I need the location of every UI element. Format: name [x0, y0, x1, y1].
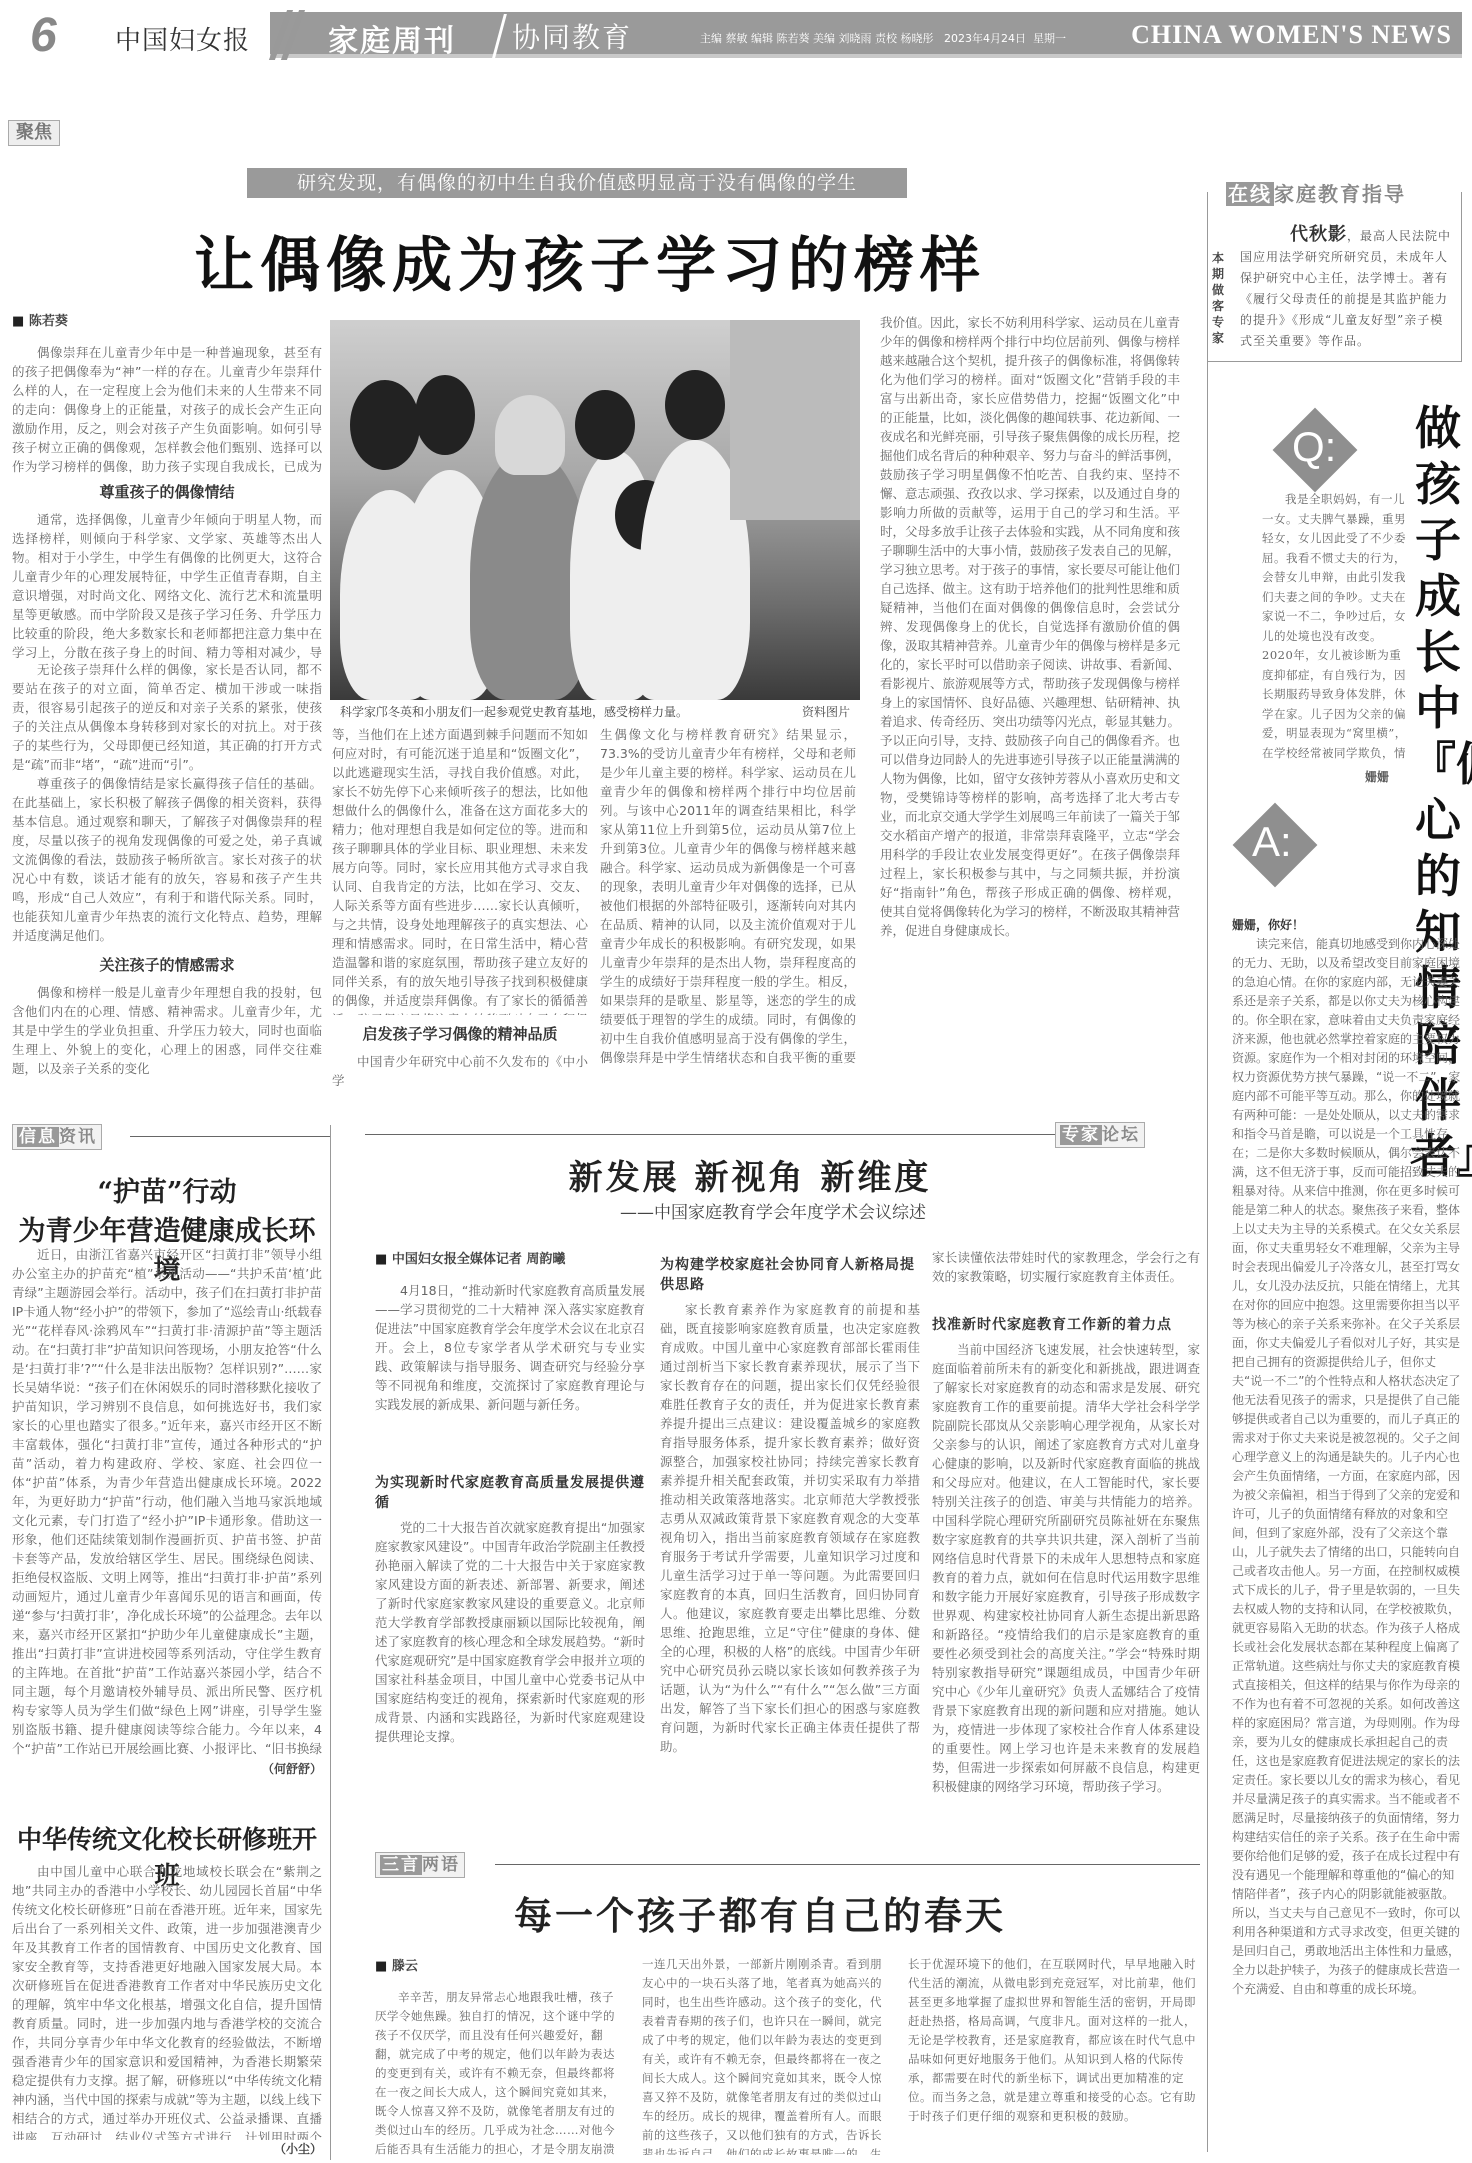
subhead: 启发孩子学习偶像的精神品质 [332, 1023, 588, 1044]
essay-paragraph: 长于优渥环境下的他们，在互联网时代，早早地融入时代生活的潮流，从微电影到充竞冠军… [908, 1955, 1198, 2155]
forum-paragraph: 4月18日，“推动新时代家庭教育高质量发展——学习贯彻党的二十大精神 深入落实家… [375, 1281, 645, 1466]
article-photo [330, 320, 860, 700]
forum-col-3: 家长读懂依法带娃时代的家教理念，学会行之有效的家教策略，切实履行家庭教育主体责任… [932, 1248, 1200, 1800]
article-paragraph: 尊重孩子的偶像情结是家长赢得孩子信任的基础。在此基础上，家长积极了解孩子偶像的相… [12, 774, 322, 946]
expert-answer: 读完来信，能真切地感受到你内心深处的无力、无助，以及希望改变目前家庭困境的急迫心… [1232, 935, 1462, 2145]
photo-caption: 科学家邝冬英和小朋友们一起参观党史教育基地，感受榜样力量。 资料图片 [340, 703, 850, 720]
photo-credit: 资料图片 [802, 703, 850, 720]
news-signoff: （何舒舒） [12, 1760, 322, 1777]
forum-paragraph: 党的二十大报告首次就家庭教育提出“加强家庭家教家风建设”。中国青年政治学院副主任… [375, 1518, 645, 1843]
forum-paragraph: 当前中国经济飞速发展，社会快速转型，家庭面临着前所未有的新变化和新挑战，跟进调查… [932, 1340, 1200, 1800]
page-number: 6 [30, 8, 57, 63]
article-paragraph: 中国青少年研究中心前不久发布的《中小学 [332, 1052, 588, 1090]
masthead-left-panel: 6 中国妇女报 [10, 10, 270, 60]
expert-name: 代秋影 [1290, 224, 1347, 245]
essay-headline: 每一个孩子都有自己的春天 [480, 1885, 1040, 1940]
essay-paragraph: 一连几天出外景，一部新片刚刚杀青。看到朋友心中的一块石头落了地，笔者真为她高兴的… [642, 1955, 892, 2155]
essay-byline: 滕云 [375, 1955, 625, 1974]
forum-subhead: 为实现新时代家庭教育高质量发展提供遵循 [375, 1472, 645, 1512]
subhead: 尊重孩子的偶像情结 [12, 481, 322, 502]
news-body: 由中国儿童中心联合九龙地域校长联会在“紫荆之地”共同主办的香港中小学校长、幼儿园… [12, 1862, 322, 2140]
article-paragraph: 无论孩子崇拜什么样的偶像，家长是否认同，都不要站在孩子的对立面，简单否定、横加干… [12, 660, 322, 774]
article-col-2: 等，当他们在上述方面遇到棘手问题而不知如何应对时，有可能沉迷于追星和“饭圈文化”… [332, 725, 588, 1090]
article-deck: 研究发现，有偶像的初中生自我价值感明显高于没有偶像的学生 [247, 168, 907, 198]
section-label-focus: 聚焦 [8, 120, 60, 146]
masthead: 6 中国妇女报 家庭周刊 协同教育 主编 蔡敏 编辑 陈若葵 美编 刘晓雨 责校… [10, 10, 1462, 60]
article-byline: 陈若葵 [12, 310, 322, 329]
expert-bio: 代秋影，最高人民法院中国应用法学研究所研究员，未成年人保护研究中心主任，法学博士… [1240, 220, 1455, 352]
section-label-essay: 三言两语 [375, 1852, 465, 1878]
article-intro: 偶像崇拜在儿童青少年中是一种普遍现象，甚至有的孩子把偶像奉为“神”一样的存在。儿… [12, 343, 322, 473]
question-icon: Q: [1270, 405, 1360, 495]
forum-paragraph: 家长读懂依法带娃时代的家教理念，学会行之有效的家教策略，切实履行家庭教育主体责任… [932, 1248, 1200, 1308]
slash-divider-icon [270, 10, 310, 60]
news-signoff: （小尘） [12, 2140, 322, 2157]
english-masthead: CHINA WOMEN'S NEWS [1131, 20, 1452, 50]
editor-credits: 主编 蔡敏 编辑 陈若葵 美编 刘晓雨 责校 杨晓彤 2023年4月24日 星期… [700, 30, 1066, 46]
column-divider [330, 1125, 331, 2160]
article-col-4: 我价值。因此，家长不妨利用科学家、运动员在儿童青少年的偶像和榜样两个排行中均位居… [880, 313, 1180, 1068]
issue-date: 2023年4月24日 [944, 32, 1026, 45]
section-label-news: 信息资讯 [12, 1124, 102, 1150]
subhead: 关注孩子的情感需求 [12, 954, 322, 975]
forum-col-2: 为构建学校家庭社会协同育人新格局提供思路 家长教育素养作为家庭教育的前提和基础，… [660, 1248, 920, 1835]
news-body: 近日，由浙江省嘉兴市经开区“扫黄打非”领导小组办公室主办的护苗充“植”系列活动—… [12, 1245, 322, 1755]
article-col-3: 生偶像文化与榜样教育研究》结果显示，73.3%的受访儿童青少年有榜样，父母和老师… [600, 725, 856, 1070]
article-paragraph: 偶像和榜样一般是儿童青少年理想自我的投射，包含他们内在的心理、情感、精神需求。儿… [12, 983, 322, 1079]
article-paragraph: 我价值。因此，家长不妨利用科学家、运动员在儿童青少年的偶像和榜样两个排行中均位居… [880, 313, 1180, 1068]
column-divider [1207, 362, 1208, 2152]
forum-subhead: 找准新时代家庭教育工作新的着力点 [932, 1314, 1200, 1334]
subsection-title: 协同教育 [512, 16, 632, 56]
forum-subtitle: ——中国家庭教育学会年度学术会议综述 [620, 1198, 980, 1223]
article-paragraph: 生偶像文化与榜样教育研究》结果显示，73.3%的受访儿童青少年有榜样，父母和老师… [600, 725, 856, 1070]
answer-icon: A: [1230, 800, 1320, 890]
forum-paragraph: 家长教育素养作为家庭教育的前提和基础，既直接影响家庭教育质量，也决定家庭教育成败… [660, 1300, 920, 1835]
forum-byline: 中国妇女报全媒体记者 周韵曦 [375, 1248, 645, 1267]
article-headline: 让偶像成为孩子学习的榜样 [150, 218, 1030, 304]
question-signoff: 姗姗 [1365, 768, 1389, 785]
essay-col-1: 滕云 辛辛苦，朋友异常忐心地跟我吐槽，孩子厌学令她焦躁。独自打的情况，这个谜中学… [375, 1955, 625, 2158]
reader-question: 我是全职妈妈，有一儿一女。丈夫脾气暴躁，重男轻女，女儿因此受了不少委屈。我看不惯… [1262, 490, 1407, 760]
forum-subhead: 为构建学校家庭社会协同育人新格局提供思路 [660, 1254, 920, 1294]
forum-headline: 新发展 新视角 新维度 [520, 1150, 980, 1199]
article-paragraph: 等，当他们在上述方面遇到棘手问题而不知如何应对时，有可能沉迷于追星和“饭圈文化”… [332, 725, 588, 1015]
article-col-1: 陈若葵 偶像崇拜在儿童青少年中是一种普遍现象，甚至有的孩子把偶像奉为“神”一样的… [12, 310, 322, 1079]
forum-col-1: 中国妇女报全媒体记者 周韵曦 4月18日，“推动新时代家庭教育高质量发展——学习… [375, 1248, 645, 1843]
answer-greeting: 姗姗，你好！ [1232, 916, 1304, 933]
paper-logo: 中国妇女报 [115, 20, 250, 57]
essay-paragraph: 辛辛苦，朋友异常忐心地跟我吐槽，孩子厌学令她焦躁。独自打的情况，这个谜中学的孩子… [375, 1988, 625, 2158]
weekday: 星期一 [1033, 32, 1066, 45]
section-title: 家庭周刊 [328, 16, 456, 60]
expert-section-header: 在线家庭教育指导 [1220, 178, 1412, 207]
guest-expert-tag: 本期做客专家 [1212, 250, 1228, 346]
section-label-forum: 专家论坛 [1055, 1122, 1145, 1148]
article-paragraph: 通常，选择偶像，儿童青少年倾向于明星人物，而选择榜样，则倾向于科学家、文学家、英… [12, 510, 322, 660]
